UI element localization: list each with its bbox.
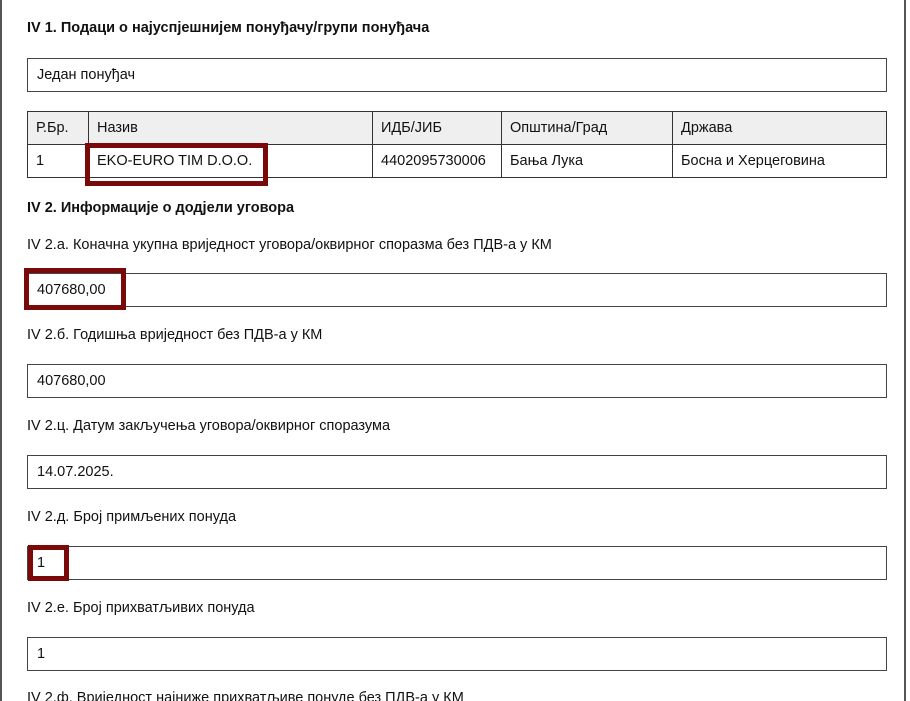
field-label-acceptable-offers: IV 2.е. Број прихватљивих понуда (27, 600, 255, 616)
table-row: 1 EKO-EURO TIM D.O.O. 4402095730006 Бања… (28, 145, 887, 178)
document-page: IV 1. Подаци о најуспјешнијем понуђачу/г… (0, 0, 906, 701)
column-header-number: Р.Бр. (28, 112, 89, 145)
cell-country: Босна и Херцеговина (673, 145, 887, 178)
field-label-received-offers: IV 2.д. Број примљених понуда (27, 509, 236, 525)
field-label-contract-date: IV 2.ц. Датум закључења уговора/оквирног… (27, 418, 390, 434)
section-iv2-heading: IV 2. Информације о додјели уговора (27, 200, 294, 216)
contract-value-field: 407680,00 (27, 273, 887, 307)
column-header-country: Држава (673, 112, 887, 145)
contract-date-field: 14.07.2025. (27, 455, 887, 489)
section-iv1-heading: IV 1. Подаци о најуспјешнијем понуђачу/г… (27, 20, 429, 36)
annual-value-field: 407680,00 (27, 364, 887, 398)
column-header-name: Назив (89, 112, 373, 145)
field-label-annual-value: IV 2.б. Годишња вриједност без ПДВ-а у К… (27, 327, 322, 343)
received-offers-field: 1 (27, 546, 887, 580)
column-header-id: ИДБ/ЈИБ (373, 112, 502, 145)
cell-number: 1 (28, 145, 89, 178)
bidder-type-field: Један понуђач (27, 58, 887, 92)
winning-bidder-table: Р.Бр. Назив ИДБ/ЈИБ Општина/Град Држава … (27, 111, 887, 178)
cell-name: EKO-EURO TIM D.O.O. (89, 145, 373, 178)
table-header-row: Р.Бр. Назив ИДБ/ЈИБ Општина/Град Држава (28, 112, 887, 145)
column-header-municipality: Општина/Град (502, 112, 673, 145)
cell-municipality: Бања Лука (502, 145, 673, 178)
cell-id: 4402095730006 (373, 145, 502, 178)
field-label-lowest-offer: IV 2.ф. Вриједност најниже прихватљиве п… (27, 690, 464, 701)
field-label-contract-value: IV 2.а. Коначна укупна вриједност уговор… (27, 237, 552, 253)
acceptable-offers-field: 1 (27, 637, 887, 671)
